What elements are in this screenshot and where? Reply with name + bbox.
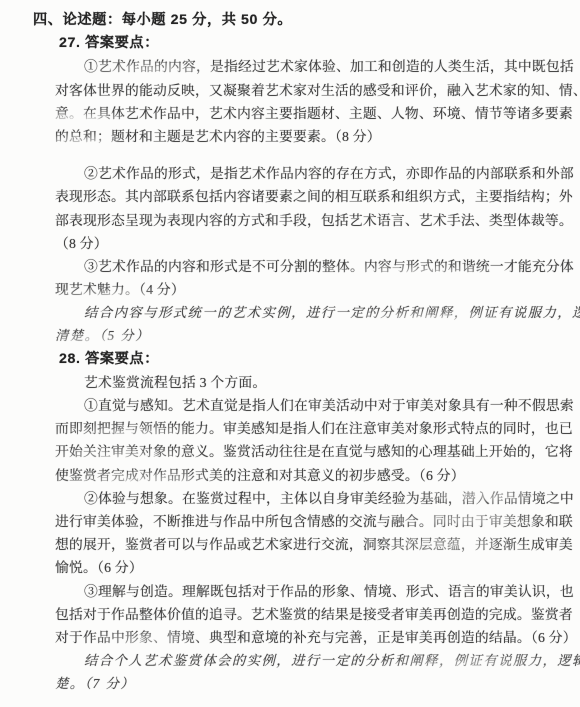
doc-line: 楚。（7 分） [0,672,580,695]
doc-line: 想的展开，鉴赏者可以与作品或艺术家进行交流，洞察其深层意蕴，并逐渐生成审美 [0,533,580,556]
doc-line: 28. 答案要点： [0,348,580,371]
doc-line: 艺术鉴赏流程包括 3 个方面。 [0,371,580,394]
doc-line: 对客体世界的能动反映，又凝聚着艺术家对生活的感受和评价，融入艺术家的知、情、 [0,79,580,102]
doc-line: ②艺术作品的形式，是指艺术作品内容的存在方式，亦即作品的内部联系和外部 [0,162,580,185]
doc-line: 愉悦。（6 分） [0,556,580,579]
doc-line: 表现形态。其内部联系包括内容诸要素之间的相互联系和组织方式，主要指结构；外 [0,185,580,208]
doc-line: 现艺术魅力。（4 分） [0,278,580,301]
doc-line: 包括对于作品整体价值的追寻。艺术鉴赏的结果是接受者审美再创造的完成。鉴赏者 [0,603,580,626]
doc-line: ③理解与创造。理解既包括对于作品的形象、情境、形式、语言的审美认识，也 [0,580,580,603]
doc-line: 开始关注审美对象的意义。鉴赏活动往往是在直觉与感知的心理基础上开始的，它将 [0,440,580,463]
doc-line: 结合内容与形式统一的艺术实例，进行一定的分析和阐释，例证有说服力，逻辑 [0,301,580,324]
doc-line: ③艺术作品的内容和形式是不可分割的整体。内容与形式的和谐统一才能充分体 [0,255,580,278]
doc-line: （8 分） [0,232,580,255]
doc-line: ②体验与想象。在鉴赏过程中，主体以自身审美经验为基础，潜入作品情境之中 [0,487,580,510]
scanned-document-page: 四、论述题：每小题 25 分，共 50 分。27. 答案要点：①艺术作品的内容，… [0,0,580,707]
doc-line: ①直觉与感知。艺术直觉是指人们在审美活动中对于审美对象具有一种不假思索 [0,394,580,417]
doc-line: 进行审美体验，不断推进与作品中所包含情感的交流与融合。同时由于审美想象和联 [0,510,580,533]
doc-line: 意。在具体艺术作品中，艺术内容主要指题材、主题、人物、环境、情节等诸多要素 [0,102,580,125]
doc-line: ①艺术作品的内容，是指经过艺术家体验、加工和创造的人类生活，其中既包括 [0,55,580,78]
doc-line: 清楚。（5 分） [0,324,580,347]
doc-line: 27. 答案要点： [0,32,580,55]
doc-line: 四、论述题：每小题 25 分，共 50 分。 [0,9,580,32]
doc-line: 而即刻把握与领悟的能力。审美感知是指人们在注意审美对象形式特点的同时，也已 [0,417,580,440]
doc-line: 结合个人艺术鉴赏体会的实例，进行一定的分析和阐释，例证有说服力，逻辑清 [0,649,580,672]
document-text-block: 四、论述题：每小题 25 分，共 50 分。27. 答案要点：①艺术作品的内容，… [0,0,580,707]
doc-line: 部表现形态呈现为表现内容的方式和手段，包括艺术语言、艺术手法、类型体裁等。 [0,209,580,232]
doc-line: 的总和；题材和主题是艺术内容的主要要素。（8 分） [0,125,580,148]
doc-line: 使鉴赏者完成对作品形式美的注意和对其意义的初步感受。（6 分） [0,464,580,487]
doc-line: 对于作品中形象、情境、典型和意境的补充与完善，正是审美再创造的结晶。（6 分） [0,626,580,649]
